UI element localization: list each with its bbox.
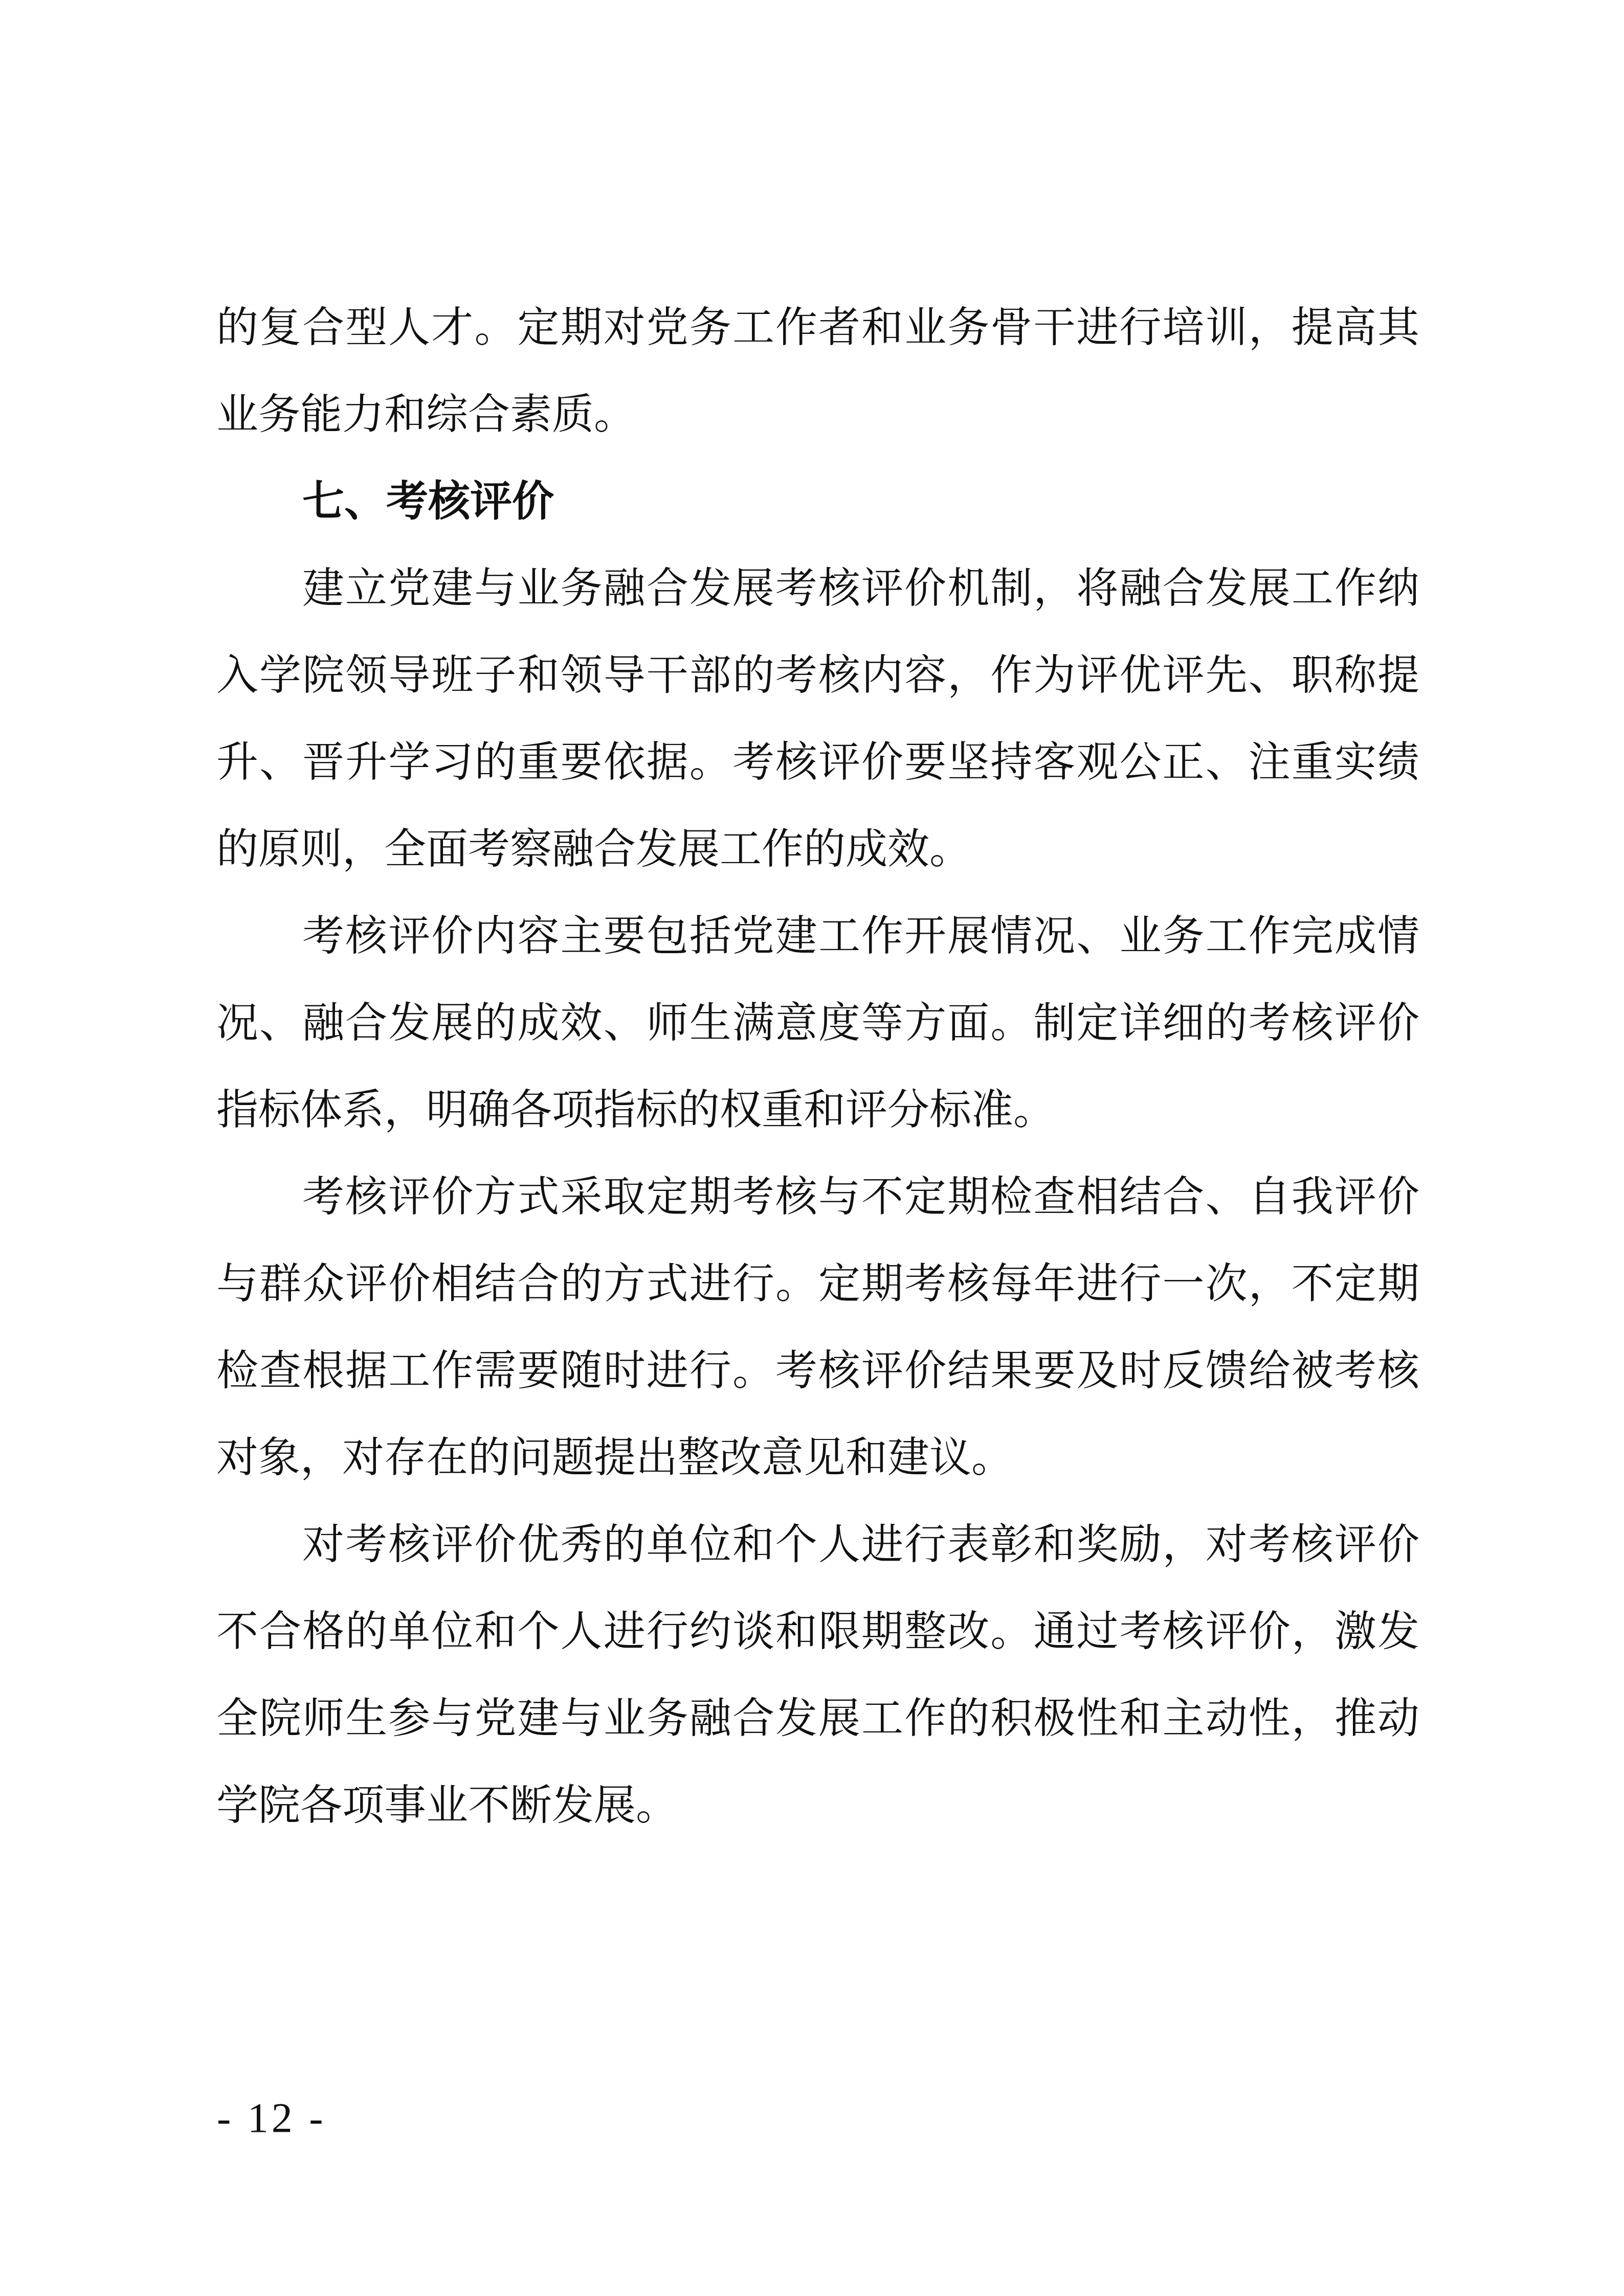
- text-line: 的原则，全面考察融合发展工作的成效。: [216, 806, 1419, 893]
- section-heading: 七、考核评价: [216, 458, 1419, 545]
- text-line: 建立党建与业务融合发展考核评价机制，将融合发展工作纳: [216, 545, 1419, 632]
- text-line: 检查根据工作需要随时进行。考核评价结果要及时反馈给被考核: [216, 1327, 1419, 1414]
- document-body: 的复合型人才。定期对党务工作者和业务骨干进行培训，提高其 业务能力和综合素质。 …: [216, 284, 1419, 1849]
- text-line: 学院各项事业不断发展。: [216, 1762, 1419, 1849]
- text-line: 的复合型人才。定期对党务工作者和业务骨干进行培训，提高其: [216, 284, 1419, 371]
- text-line: 考核评价方式采取定期考核与不定期检查相结合、自我评价: [216, 1154, 1419, 1241]
- text-line: 指标体系，明确各项指标的权重和评分标准。: [216, 1067, 1419, 1154]
- text-line: 升、晋升学习的重要依据。考核评价要坚持客观公正、注重实绩: [216, 719, 1419, 806]
- text-line: 不合格的单位和个人进行约谈和限期整改。通过考核评价，激发: [216, 1588, 1419, 1675]
- text-line: 况、融合发展的成效、师生满意度等方面。制定详细的考核评价: [216, 980, 1419, 1067]
- text-line: 对象，对存在的问题提出整改意见和建议。: [216, 1414, 1419, 1501]
- page-number: - 12 -: [217, 2095, 326, 2142]
- document-page: 的复合型人才。定期对党务工作者和业务骨干进行培训，提高其 业务能力和综合素质。 …: [0, 0, 1624, 2296]
- text-line: 考核评价内容主要包括党建工作开展情况、业务工作完成情: [216, 893, 1419, 980]
- text-line: 对考核评价优秀的单位和个人进行表彰和奖励，对考核评价: [216, 1501, 1419, 1588]
- text-line: 业务能力和综合素质。: [216, 371, 1419, 458]
- text-line: 全院师生参与党建与业务融合发展工作的积极性和主动性，推动: [216, 1675, 1419, 1762]
- text-line: 与群众评价相结合的方式进行。定期考核每年进行一次，不定期: [216, 1241, 1419, 1327]
- text-line: 入学院领导班子和领导干部的考核内容，作为评优评先、职称提: [216, 632, 1419, 719]
